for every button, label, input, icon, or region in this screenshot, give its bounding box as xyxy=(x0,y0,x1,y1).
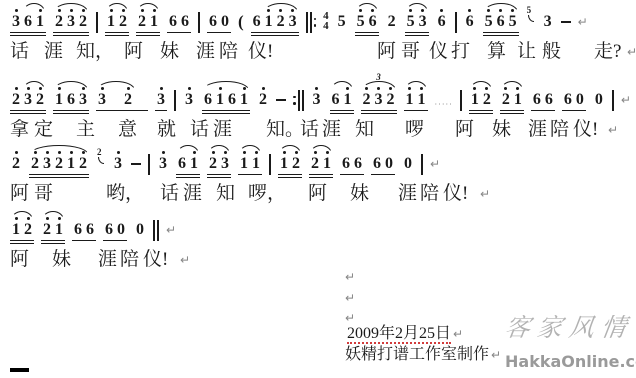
note: 6 xyxy=(202,92,214,108)
lyric-char: 仪! xyxy=(143,250,168,270)
duration-dash xyxy=(276,99,286,101)
beam-line xyxy=(10,240,34,241)
note: 3 xyxy=(112,156,124,172)
lyric-char: 涯 xyxy=(398,184,417,204)
note-group: 66 xyxy=(340,156,364,172)
lyric-char: 让 xyxy=(517,42,536,62)
watermark-calligraphy: 客家风情 xyxy=(503,313,636,343)
note: 3 xyxy=(65,14,77,30)
note: 3 xyxy=(41,156,53,172)
note: 5 xyxy=(355,14,367,30)
beam-line xyxy=(469,110,493,111)
note-group: 60 xyxy=(371,156,395,172)
lyric-char: 阿 xyxy=(308,184,327,204)
note-group: 12 xyxy=(469,92,493,108)
lyric-char: 主 xyxy=(76,120,95,140)
note-group: 6 xyxy=(436,14,448,30)
credit-line: 妖精打谱工作室制作↵ xyxy=(345,345,501,365)
slur-arc xyxy=(106,3,128,12)
lyric-char: 定 xyxy=(34,120,53,140)
slur-arc xyxy=(97,81,135,90)
slur-arc xyxy=(208,145,230,154)
note-group: 0 xyxy=(134,222,146,238)
note-group: 32 xyxy=(96,92,148,108)
note-group: 53 xyxy=(405,14,429,30)
note-group: 21 xyxy=(41,222,65,238)
octave-dot xyxy=(188,87,191,90)
lyric-char: 涯 xyxy=(322,120,341,140)
beam-line xyxy=(53,35,89,36)
slur-arc xyxy=(362,81,396,90)
note: 2 xyxy=(136,14,148,30)
octave-dot xyxy=(15,87,18,90)
note: 6 xyxy=(179,14,191,30)
note: 2 xyxy=(309,156,321,172)
score-system: 223212233612311122166600↵阿哥哟，话涯知啰，阿妹涯陪仪!… xyxy=(0,156,636,172)
slur-arc xyxy=(177,145,199,154)
slur-arc xyxy=(203,81,249,90)
beam-line xyxy=(72,240,96,241)
note-group: 11 xyxy=(238,156,262,172)
barline xyxy=(174,90,176,111)
note-group: 2 xyxy=(257,92,269,108)
barline xyxy=(302,90,304,111)
beam-line xyxy=(53,32,89,33)
note-group: 2 xyxy=(10,156,22,172)
note: 2 xyxy=(275,14,287,30)
note: 2 xyxy=(361,92,373,108)
barline xyxy=(198,12,200,33)
duration-dash xyxy=(561,21,571,23)
note: 2 xyxy=(290,156,302,172)
note: 6 xyxy=(226,92,238,108)
slur-arc xyxy=(484,3,518,12)
lyric-char: 涯 xyxy=(183,184,202,204)
note-group: 60 xyxy=(562,92,586,108)
barline xyxy=(157,220,159,241)
paragraph-mark: ↵ xyxy=(166,222,176,238)
note-group: 3 xyxy=(112,156,124,172)
note-group: 21 xyxy=(500,92,524,108)
beam-line xyxy=(361,113,397,114)
note: 0 xyxy=(219,14,231,30)
paragraph-mark: ↵ xyxy=(491,348,501,362)
note: 3 xyxy=(155,92,167,108)
lyric-char: 就 xyxy=(157,120,176,140)
paragraph-mark: ↵ xyxy=(453,327,463,341)
beam-line xyxy=(340,174,364,175)
paragraph-mark: ↵ xyxy=(578,14,588,30)
slur-arc xyxy=(239,145,261,154)
note-group: 0 xyxy=(402,156,414,172)
note-group: 21 xyxy=(136,14,160,30)
beam-line xyxy=(330,113,354,114)
octave-dot xyxy=(15,9,18,12)
note: 3 xyxy=(10,14,22,30)
beam-line xyxy=(207,32,231,33)
repeat-dot xyxy=(314,18,317,21)
slur-arc xyxy=(30,145,88,154)
beam-line xyxy=(202,110,250,111)
note-group: 3 xyxy=(183,92,195,108)
note: 2 xyxy=(385,92,397,108)
note: 1 xyxy=(250,156,262,172)
lyric-char: 哥 xyxy=(34,184,53,204)
beam-line xyxy=(531,110,555,111)
beam-line xyxy=(41,240,65,241)
note: 6 xyxy=(330,92,342,108)
note-group: 12 xyxy=(10,222,34,238)
note: 6 xyxy=(464,14,476,30)
note: 6 xyxy=(251,14,263,30)
note-group: 23212 xyxy=(29,156,89,172)
beam-line xyxy=(10,35,46,36)
note: 5 xyxy=(507,14,519,30)
lyric-char: 涯 xyxy=(98,250,117,270)
note-group: 232 xyxy=(53,14,89,30)
barline xyxy=(455,12,457,33)
note-group: 2323 xyxy=(361,92,397,108)
octave-dot xyxy=(117,151,120,154)
beam-line xyxy=(469,113,493,114)
music-row: 232163323361612361232311·····122166600↵ xyxy=(10,92,636,108)
slur-arc xyxy=(279,145,301,154)
note-group: 12 xyxy=(278,156,302,172)
note: 2 xyxy=(122,92,134,108)
beam-line xyxy=(355,32,379,33)
beam-line xyxy=(278,174,302,175)
note: 3 xyxy=(373,92,385,108)
repeat-end-barline xyxy=(293,92,304,111)
note: 1 xyxy=(238,92,250,108)
note-group: 60 xyxy=(103,222,127,238)
note: 2 xyxy=(207,156,219,172)
lyric-char: 阿 xyxy=(10,184,29,204)
note: 3 xyxy=(287,14,299,30)
note: 1 xyxy=(416,92,428,108)
lyric-char: 哟， xyxy=(106,184,144,204)
beam-line xyxy=(29,177,89,178)
note: 5 xyxy=(405,14,417,30)
slur-arc xyxy=(54,3,88,12)
note: 1 xyxy=(214,92,226,108)
slur-arc xyxy=(470,81,492,90)
note-group: 21 xyxy=(309,156,333,172)
tuplet-number: 3 xyxy=(376,73,381,82)
beam-line xyxy=(155,110,167,111)
note: 2 xyxy=(29,156,41,172)
paragraph-mark: ↵ xyxy=(627,42,636,62)
note-group: 6161 xyxy=(202,92,250,108)
note: 6 xyxy=(84,222,96,238)
note: 2 xyxy=(386,14,398,30)
repeat-dot xyxy=(314,24,317,27)
lyric-char: 知。 xyxy=(266,120,304,140)
note: 2 xyxy=(34,92,46,108)
note-group: 66 xyxy=(72,222,96,238)
note: 2 xyxy=(22,222,34,238)
slur-arc xyxy=(331,81,353,90)
note: 0 xyxy=(115,222,127,238)
note: 1 xyxy=(34,14,46,30)
beam-line xyxy=(10,110,46,111)
note: 6 xyxy=(340,156,352,172)
note-group: 3 xyxy=(542,14,554,30)
lyric-char: 般 xyxy=(542,42,561,62)
beam-line xyxy=(41,243,65,244)
note: 6 xyxy=(352,156,364,172)
barline xyxy=(269,154,271,175)
beam-line xyxy=(251,35,299,36)
paragraph-mark: ↵ xyxy=(180,250,190,270)
lyric-char: 话 xyxy=(190,120,209,140)
slur-arc xyxy=(54,81,88,90)
credit-text: 妖精打谱工作室制作 xyxy=(345,346,489,363)
lyric-char: 走? xyxy=(594,42,621,62)
note: 6 xyxy=(207,14,219,30)
slur-arc xyxy=(23,81,45,90)
beam-line xyxy=(500,110,524,111)
lyric-char: 拿 xyxy=(10,120,29,140)
lyric-char: 阿 xyxy=(377,42,396,62)
beam-line xyxy=(202,113,250,114)
music-row: 122166600↵ xyxy=(10,222,636,238)
note: 1 xyxy=(321,156,333,172)
barline xyxy=(306,12,308,33)
slur-arc xyxy=(137,3,159,12)
note: 2 xyxy=(117,14,129,30)
slur-arc xyxy=(405,81,427,90)
note: 1 xyxy=(105,14,117,30)
note: 6 xyxy=(531,92,543,108)
note: 6 xyxy=(562,92,574,108)
lyric-char: 话 xyxy=(10,42,29,62)
note: 2 xyxy=(500,92,512,108)
date-text: 2009年2月25日 xyxy=(347,325,451,344)
lyric-char: 啰， xyxy=(248,184,286,204)
note: 6 xyxy=(371,156,383,172)
beam-line xyxy=(176,174,200,175)
lyric-char: 哥 xyxy=(401,42,420,62)
note: 1 xyxy=(10,222,22,238)
note: 6 xyxy=(65,92,77,108)
note-group: 23 xyxy=(207,156,231,172)
note: 2 xyxy=(53,14,65,30)
note: 6 xyxy=(22,14,34,30)
octave-dot xyxy=(468,9,471,12)
note: 1 xyxy=(342,92,354,108)
dotted-mark: ····· xyxy=(435,101,453,109)
note-group: 61 xyxy=(330,92,354,108)
octave-dot xyxy=(262,87,265,90)
score-system: 122166600↵阿妹涯陪仪!↵ xyxy=(0,222,636,238)
note: 3 xyxy=(219,156,231,172)
lyric-char: 涯 xyxy=(44,42,63,62)
note: 3 xyxy=(77,92,89,108)
lyric-char: 意 xyxy=(118,120,137,140)
slur-arc xyxy=(23,3,45,12)
note: 2 xyxy=(53,156,65,172)
lyric-char: 仪 xyxy=(429,42,448,62)
octave-dot xyxy=(162,151,165,154)
lyric-char: 阿 xyxy=(124,42,143,62)
note: 1 xyxy=(512,92,524,108)
lyric-char: 涯 xyxy=(213,120,232,140)
watermark-site-label: HakkaOnline.com xyxy=(505,352,636,371)
beam-line xyxy=(105,32,129,33)
note: 1 xyxy=(53,222,65,238)
lyric-char: 知 xyxy=(355,120,374,140)
document-page: 36123212216660(6123445562536656553↵话涯知，阿… xyxy=(0,0,636,378)
beam-line xyxy=(251,32,299,33)
beam-line xyxy=(483,35,519,36)
note: 1 xyxy=(278,156,290,172)
note-group: 232 xyxy=(10,92,46,108)
note-group: 5 xyxy=(336,14,348,30)
beam-line xyxy=(278,177,302,178)
barline xyxy=(421,154,423,175)
note: 2 xyxy=(77,156,89,172)
beam-line xyxy=(405,35,429,36)
note-group: 2 xyxy=(386,14,398,30)
barline xyxy=(96,12,98,33)
barline xyxy=(310,12,312,33)
beam-line xyxy=(371,174,395,175)
beam-line xyxy=(309,174,333,175)
beam-line xyxy=(483,32,519,33)
note: 1 xyxy=(65,156,77,172)
note: 2 xyxy=(257,92,269,108)
note: 3 xyxy=(96,92,108,108)
octave-dot xyxy=(440,9,443,12)
note: 3 xyxy=(311,92,323,108)
lyric-char: 知， xyxy=(76,42,114,62)
repeat-start-barline xyxy=(306,14,317,33)
beam-line xyxy=(136,32,160,33)
note: 3 xyxy=(542,14,554,30)
note-group: 3 xyxy=(155,92,167,108)
paragraph-mark: ↵ xyxy=(430,156,440,172)
note: 6 xyxy=(436,14,448,30)
note-group: 565 xyxy=(483,14,519,30)
paragraph-mark: ↵ xyxy=(480,184,490,204)
note-group: 56 xyxy=(355,14,379,30)
octave-dot xyxy=(160,87,163,90)
music-row: 36123212216660(6123445562536656553↵ xyxy=(10,14,636,30)
beam-line xyxy=(330,110,354,111)
lyric-char: 算 xyxy=(487,42,506,62)
repeat-dots xyxy=(314,14,317,30)
lyric-char: 陪 xyxy=(219,42,238,62)
slur-arc xyxy=(11,211,33,220)
note: 0 xyxy=(593,92,605,108)
beam-line xyxy=(309,177,333,178)
paragraph-mark: ↵ xyxy=(621,92,631,108)
parenthesis: ( xyxy=(238,13,244,30)
barline xyxy=(148,154,150,175)
octave-dot xyxy=(15,151,18,154)
note: 6 xyxy=(367,14,379,30)
grace-digit: 5 xyxy=(527,6,532,15)
beam-line xyxy=(207,177,231,178)
note: 2 xyxy=(10,156,22,172)
grace-digit: 2 xyxy=(97,148,102,157)
note: 0 xyxy=(402,156,414,172)
note-group: 6123 xyxy=(251,14,299,30)
barline xyxy=(612,90,614,111)
barline xyxy=(298,90,300,111)
note-group: 66 xyxy=(531,92,555,108)
slur-arc xyxy=(356,3,378,12)
note: 2 xyxy=(77,14,89,30)
paragraph-mark: ↵ xyxy=(345,311,355,325)
lyric-char: 妹 xyxy=(52,250,71,270)
lyric-char: 陪 xyxy=(420,184,439,204)
note: 6 xyxy=(103,222,115,238)
lyric-char: 打 xyxy=(451,42,470,62)
repeat-dot xyxy=(293,96,296,99)
note: 1 xyxy=(404,92,416,108)
lyric-char: 仪! xyxy=(573,120,598,140)
note: 6 xyxy=(176,156,188,172)
octave-dot xyxy=(315,87,318,90)
note: 5 xyxy=(483,14,495,30)
beam-line xyxy=(96,110,148,111)
lyric-char: 妹 xyxy=(160,42,179,62)
grace-hook xyxy=(98,157,104,164)
beam-line xyxy=(103,240,127,241)
beam-line xyxy=(10,113,46,114)
note-group: 61 xyxy=(176,156,200,172)
time-signature-denominator: 4 xyxy=(323,21,329,31)
note: 0 xyxy=(383,156,395,172)
note: 2 xyxy=(481,92,493,108)
note: 3 xyxy=(22,92,34,108)
note: 0 xyxy=(574,92,586,108)
slur-arc xyxy=(264,3,298,12)
beam-line xyxy=(176,177,200,178)
grace-note: 2 xyxy=(96,156,105,172)
lyric-char: 话 xyxy=(160,184,179,204)
note-group: 361 xyxy=(10,14,46,30)
barline xyxy=(153,220,155,241)
note: 6 xyxy=(543,92,555,108)
lyric-char: 知 xyxy=(216,184,235,204)
repeat-dots xyxy=(293,92,296,108)
beam-line xyxy=(136,35,160,36)
beam-line xyxy=(355,35,379,36)
date-line: 2009年2月25日↵ xyxy=(347,324,463,344)
note-group: 6 xyxy=(464,14,476,30)
duration-dash xyxy=(131,163,141,165)
note: 2 xyxy=(41,222,53,238)
page-edge-artifact xyxy=(10,368,29,372)
note: 1 xyxy=(148,14,160,30)
lyric-char: 涯 xyxy=(528,120,547,140)
slur-arc xyxy=(406,3,428,12)
note-group: 3 xyxy=(157,156,169,172)
paragraph-mark: ↵ xyxy=(608,120,618,140)
beam-line xyxy=(404,110,428,111)
note-group: 3 xyxy=(311,92,323,108)
note: 3 xyxy=(157,156,169,172)
beam-line xyxy=(10,243,34,244)
note: 2 xyxy=(10,92,22,108)
beam-line xyxy=(167,32,191,33)
note-group: 66 xyxy=(167,14,191,30)
beam-line xyxy=(500,113,524,114)
note: 1 xyxy=(188,156,200,172)
